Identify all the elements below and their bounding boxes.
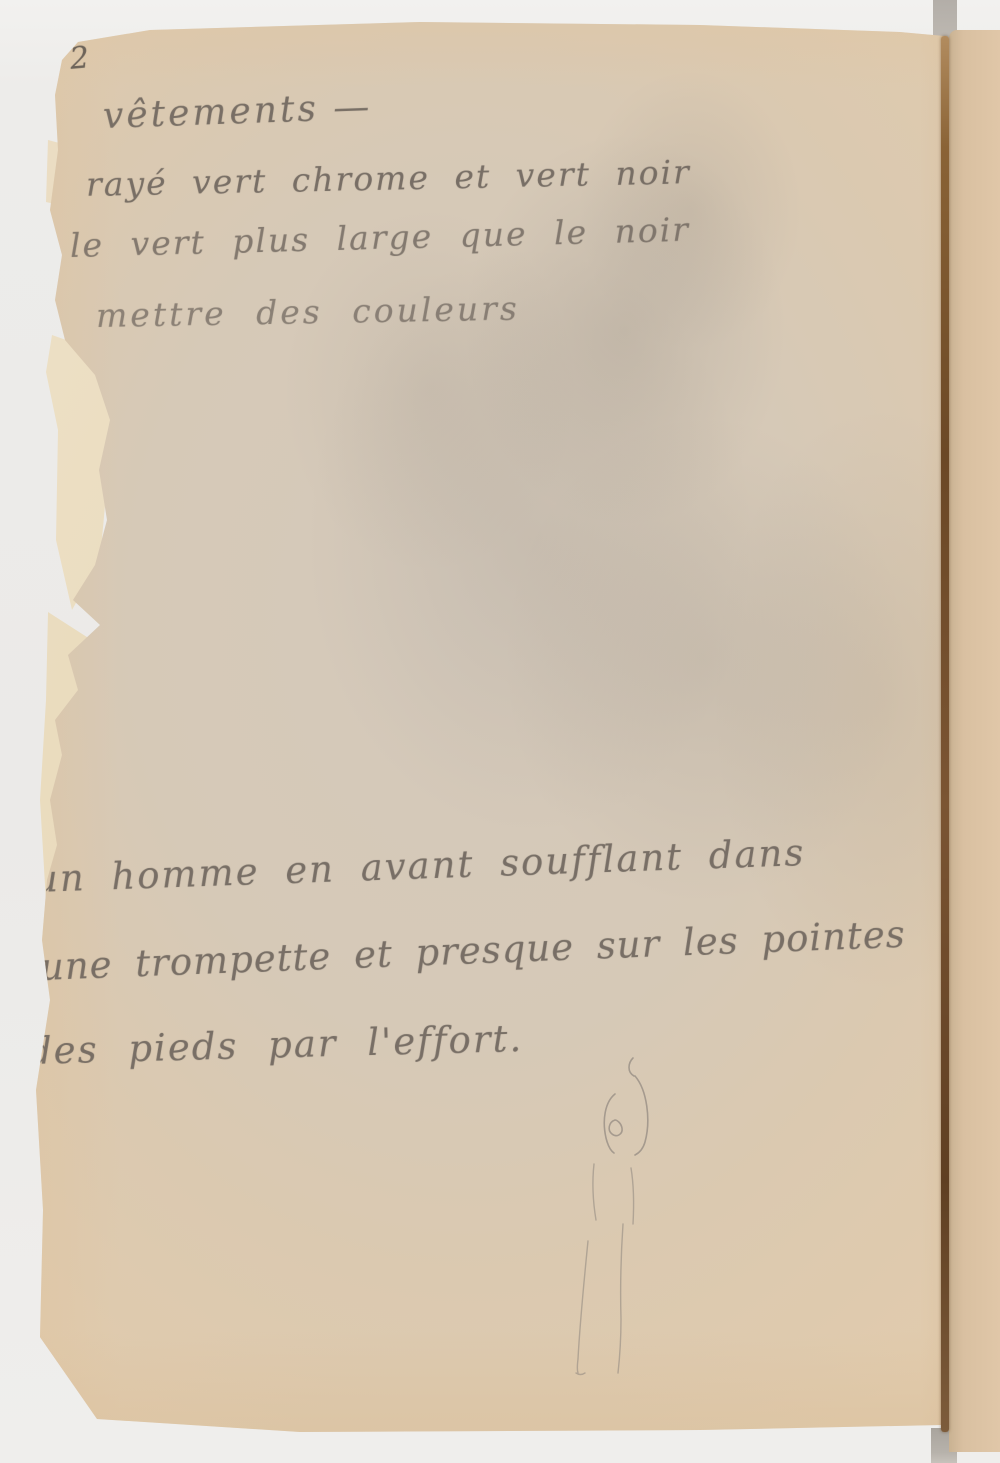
notebook-scan: 2 vêtements — rayé vert chrome et vert n… <box>0 0 1000 1463</box>
handwritten-note-line: mettre des couleurs <box>96 289 520 335</box>
gutter-crease <box>941 36 949 1432</box>
standing-figure-sketch <box>563 1056 673 1401</box>
notebook-page: 2 vêtements — rayé vert chrome et vert n… <box>0 0 1000 1463</box>
page-number: 2 <box>68 40 90 77</box>
adjacent-page-edge <box>949 30 1000 1452</box>
